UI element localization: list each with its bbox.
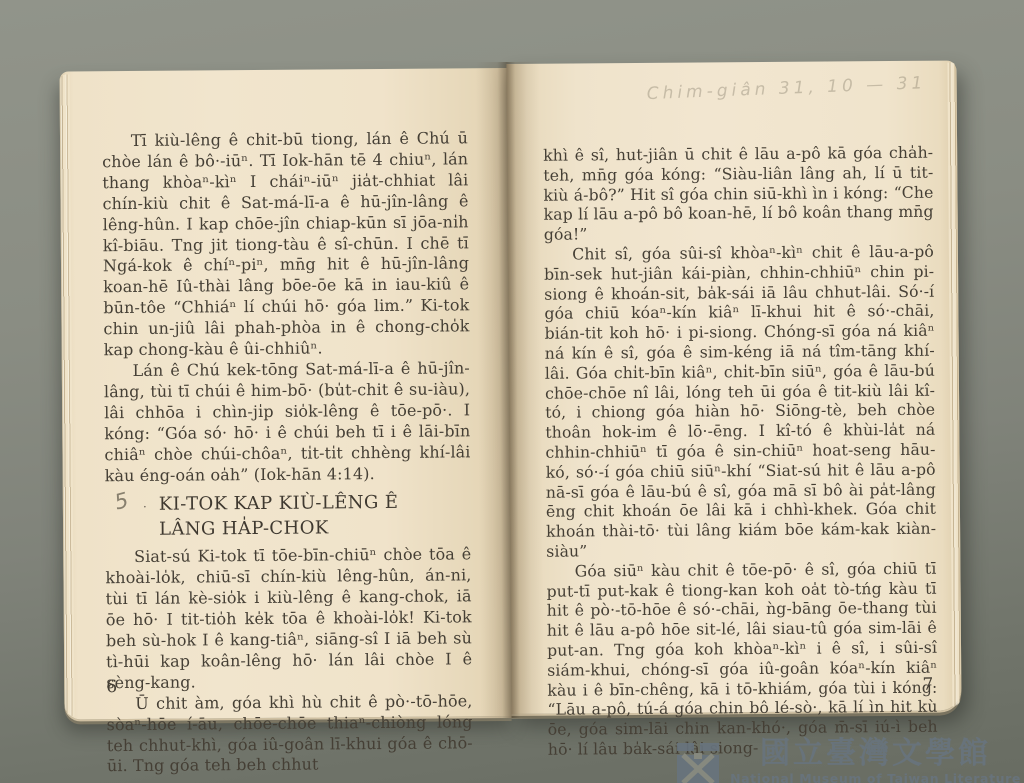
right-page: Chim-giân 31, 10 — 31 khì ê sî, hut-jiân… <box>506 60 961 714</box>
page-number-left: 6 <box>106 677 117 697</box>
body-paragraph: khì ê sî, hut-jiân ū chit ê lāu a-pô kā … <box>543 143 934 245</box>
left-page-text: Tī kiù-lêng ê chit-bū tiong, lán ê Chú ū… <box>102 128 473 777</box>
pencil-mark-annotation: 5 <box>112 488 131 515</box>
body-paragraph: Góa siūⁿ kàu chit ê tōe-pō· ê sî, góa ch… <box>546 558 938 759</box>
body-paragraph: Ū chit àm, góa khì hù chit ê pò·-tō-hōe,… <box>106 691 473 777</box>
section-heading-line2: LÂNG HA̍P-CHOK <box>159 515 471 542</box>
body-paragraph: Tī kiù-lêng ê chit-bū tiong, lán ê Chú ū… <box>102 128 470 361</box>
open-book: Tī kiù-lêng ê chit-bū tiong, lán ê Chú ū… <box>59 58 962 721</box>
heading-bullet: · <box>143 495 147 520</box>
section-heading-line1: KI-TOK KAP KIÙ-LÊNG Ê <box>159 491 471 518</box>
left-page: Tī kiù-lêng ê chit-bū tiong, lán ê Chú ū… <box>59 68 511 719</box>
section-heading: 5 · KI-TOK KAP KIÙ-LÊNG Ê LÂNG HA̍P-CHOK <box>159 491 471 542</box>
handwritten-verse-note: Chim-giân 31, 10 — 31 <box>646 71 977 104</box>
right-page-text: khì ê sî, hut-jiân ū chit ê lāu a-pô kā … <box>543 143 938 760</box>
page-number-right: 7 <box>922 675 933 695</box>
scanned-book-photo: Tī kiù-lêng ê chit-bū tiong, lán ê Chú ū… <box>0 0 1024 783</box>
body-paragraph: Lán ê Chú kek-tōng Sat-má-lī-a ê hū-jîn-… <box>104 358 471 486</box>
body-paragraph: Chit sî, góa sûi-sî khòaⁿ-kìⁿ chit ê lāu… <box>544 242 936 562</box>
watermark-en-title: National Museum of Taiwan Literature <box>730 771 1021 783</box>
body-paragraph: Siat-sú Ki-tok tī tōe-bīn-chiūⁿ chòe tōa… <box>105 545 472 694</box>
